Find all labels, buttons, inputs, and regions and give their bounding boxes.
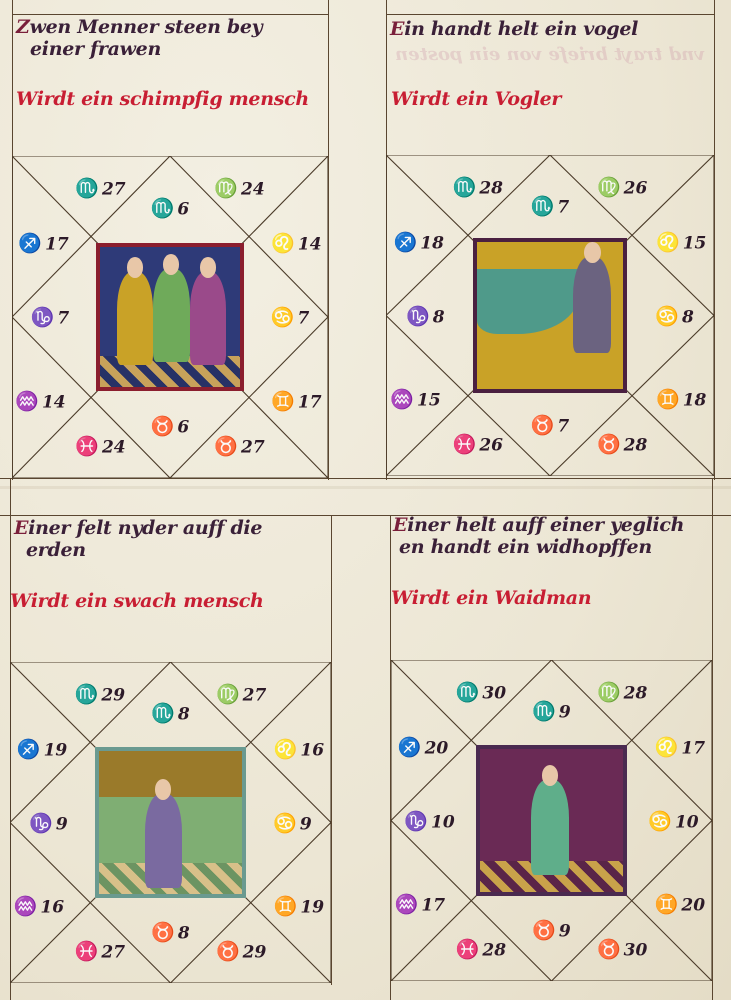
house-top-center: ♏8: [151, 702, 190, 725]
house-degree: 27: [102, 180, 126, 200]
house-left-upper: ♐19: [17, 737, 67, 760]
house-top-right: ♍26: [597, 176, 647, 199]
house-degree: 6: [177, 418, 189, 438]
house-degree: 14: [42, 392, 66, 412]
house-degree: 9: [300, 814, 312, 834]
house-top-center: ♏6: [151, 196, 190, 219]
house-degree: 29: [101, 686, 125, 706]
caption-initial: E: [14, 517, 28, 539]
figure: [477, 269, 579, 335]
house-degree: 10: [675, 812, 699, 832]
zodiac-aquarius-icon: ♒: [390, 388, 414, 410]
house-degree: 24: [241, 180, 265, 200]
zodiac-pisces-icon: ♓: [453, 433, 477, 455]
house-degree: 17: [421, 895, 445, 915]
house-left-lower: ♒14: [15, 389, 65, 412]
house-degree: 16: [300, 740, 324, 760]
house-bottom-left: ♓28: [456, 937, 506, 960]
house-right-upper: ♌16: [274, 737, 324, 760]
house-degree: 28: [624, 684, 648, 704]
house-top-left: ♏30: [456, 681, 506, 704]
zodiac-virgo-icon: ♍: [214, 178, 238, 200]
house-bottom-right: ♉27: [214, 434, 264, 457]
zodiac-taurus-icon: ♉: [216, 940, 240, 962]
miniature-youth-with-two-birds: [476, 745, 627, 896]
figure: [531, 780, 568, 874]
zodiac-virgo-icon: ♍: [216, 684, 240, 706]
house-degree: 30: [482, 684, 506, 704]
caption-line-1: in handt helt ein vogel: [404, 18, 638, 40]
house-left-lower: ♒16: [14, 894, 64, 917]
house-degree: 28: [479, 179, 503, 199]
zodiac-gemini-icon: ♊: [655, 893, 679, 915]
house-right-lower: ♊17: [271, 389, 321, 412]
house-degree: 17: [681, 738, 705, 758]
page-fold: [0, 486, 731, 489]
house-top-center: ♏7: [531, 195, 570, 218]
zodiac-scorpio-icon: ♏: [151, 197, 175, 219]
house-right-center: ♋9: [273, 811, 312, 834]
house-left-upper: ♐17: [18, 231, 68, 254]
bleed-through-text: vnd trayt briefe von ein posten: [395, 44, 705, 65]
house-degree: 15: [417, 390, 441, 410]
rule-line: [0, 478, 731, 479]
house-top-left: ♏28: [453, 176, 503, 199]
zodiac-scorpio-icon: ♏: [456, 682, 480, 704]
house-right-center: ♋8: [655, 304, 694, 327]
panel-4-verdict: Wirdt ein Waidman: [391, 587, 591, 609]
panel-1-caption: Zwen Menner steen bey einer frawen: [16, 16, 262, 60]
house-right-lower: ♊18: [656, 387, 706, 410]
horoscope-chart-2: ♏28♏7♍26♐18♌15♑8♋8♒15♊18♓26♉7♉28: [386, 155, 714, 476]
house-top-left: ♏27: [75, 177, 125, 200]
house-left-center: ♑8: [406, 304, 445, 327]
caption-line-1: wen Menner steen bey: [30, 16, 263, 38]
house-degree: 14: [298, 234, 322, 254]
house-degree: 28: [482, 940, 506, 960]
zodiac-pisces-icon: ♓: [75, 435, 99, 457]
house-right-upper: ♌14: [271, 231, 321, 254]
house-right-upper: ♌17: [655, 735, 705, 758]
zodiac-taurus-icon: ♉: [214, 435, 238, 457]
zodiac-scorpio-icon: ♏: [75, 178, 99, 200]
house-degree: 27: [101, 942, 125, 962]
house-degree: 28: [624, 435, 648, 455]
house-left-center: ♑10: [404, 809, 454, 832]
zodiac-taurus-icon: ♉: [531, 414, 555, 436]
panel-3-caption: Einer felt nyder auff die erden: [14, 517, 262, 561]
zodiac-capricorn-icon: ♑: [31, 307, 55, 329]
zodiac-cancer-icon: ♋: [655, 305, 679, 327]
house-top-right: ♍28: [597, 681, 647, 704]
house-degree: 20: [425, 738, 449, 758]
house-degree: 7: [557, 198, 569, 218]
zodiac-gemini-icon: ♊: [271, 390, 295, 412]
house-degree: 26: [624, 179, 648, 199]
figure: [190, 272, 227, 365]
zodiac-pisces-icon: ♓: [456, 938, 480, 960]
house-degree: 26: [479, 435, 503, 455]
zodiac-cancer-icon: ♋: [273, 812, 297, 834]
rule-line: [328, 0, 329, 480]
house-degree: 20: [681, 895, 705, 915]
house-degree: 7: [297, 309, 309, 329]
house-top-right: ♍24: [214, 177, 264, 200]
house-right-lower: ♊20: [655, 892, 705, 915]
house-degree: 18: [420, 233, 444, 253]
zodiac-scorpio-icon: ♏: [453, 177, 477, 199]
zodiac-taurus-icon: ♉: [532, 919, 556, 941]
house-degree: 24: [102, 437, 126, 457]
house-bottom-center: ♉8: [151, 920, 190, 943]
house-left-upper: ♐20: [398, 735, 448, 758]
miniature-man-falling-to-earth: [95, 747, 246, 898]
house-right-upper: ♌15: [656, 230, 706, 253]
house-degree: 27: [241, 437, 265, 457]
house-left-lower: ♒15: [390, 387, 440, 410]
house-top-center: ♏9: [532, 700, 571, 723]
zodiac-pisces-icon: ♓: [75, 940, 99, 962]
house-top-left: ♏29: [75, 683, 125, 706]
house-degree: 10: [431, 812, 455, 832]
house-degree: 7: [557, 416, 569, 436]
panel-4-caption: Einer helt auff einer yeglich en handt e…: [393, 514, 684, 558]
caption-line-1: iner felt nyder auff die: [28, 517, 262, 539]
house-degree: 17: [45, 234, 69, 254]
house-degree: 6: [177, 199, 189, 219]
house-bottom-center: ♉6: [151, 415, 190, 438]
zodiac-cancer-icon: ♋: [271, 307, 295, 329]
zodiac-aquarius-icon: ♒: [15, 390, 39, 412]
house-degree: 16: [40, 897, 64, 917]
caption-initial: E: [390, 18, 404, 40]
horoscope-chart-4: ♏30♏9♍28♐20♌17♑10♋10♒17♊20♓28♉9♉30: [391, 660, 712, 981]
house-degree: 30: [624, 940, 648, 960]
house-degree: 9: [559, 921, 571, 941]
caption-line-2: en handt ein widhopffen: [399, 536, 652, 558]
miniature-two-men-and-woman: [96, 243, 245, 392]
house-bottom-right: ♉28: [597, 432, 647, 455]
panel-3-verdict: Wirdt ein swach mensch: [10, 590, 264, 612]
rule-line: [331, 515, 332, 985]
rule-line: [12, 14, 328, 15]
house-bottom-center: ♉9: [532, 918, 571, 941]
house-degree: 8: [682, 307, 694, 327]
zodiac-virgo-icon: ♍: [597, 177, 621, 199]
zodiac-sagittarius-icon: ♐: [398, 736, 422, 758]
house-right-center: ♋7: [271, 306, 310, 329]
house-bottom-left: ♓24: [75, 434, 125, 457]
house-degree: 8: [178, 923, 190, 943]
zodiac-leo-icon: ♌: [655, 736, 679, 758]
house-degree: 19: [300, 897, 324, 917]
zodiac-scorpio-icon: ♏: [531, 196, 555, 218]
house-bottom-left: ♓26: [453, 432, 503, 455]
zodiac-capricorn-icon: ♑: [29, 812, 53, 834]
house-degree: 9: [559, 703, 571, 723]
caption-initial: E: [393, 514, 407, 536]
zodiac-cancer-icon: ♋: [648, 810, 672, 832]
house-degree: 18: [683, 390, 707, 410]
house-degree: 8: [433, 307, 445, 327]
miniature-hand-holding-bird: [473, 238, 627, 392]
zodiac-gemini-icon: ♊: [656, 388, 680, 410]
house-degree: 29: [243, 942, 267, 962]
house-left-upper: ♐18: [394, 230, 444, 253]
house-top-right: ♍27: [216, 683, 266, 706]
figure: [145, 794, 182, 888]
house-bottom-right: ♉29: [216, 939, 266, 962]
panel-1-verdict: Wirdt ein schimpfig mensch: [16, 88, 309, 110]
figure: [573, 257, 611, 353]
house-bottom-left: ♓27: [75, 939, 125, 962]
zodiac-leo-icon: ♌: [271, 232, 295, 254]
rule-line: [714, 0, 715, 480]
rule-line: [386, 14, 714, 15]
house-left-lower: ♒17: [395, 892, 445, 915]
zodiac-sagittarius-icon: ♐: [18, 232, 42, 254]
house-left-center: ♑7: [31, 306, 70, 329]
caption-line-1: iner helt auff einer yeglich: [407, 514, 684, 536]
zodiac-taurus-icon: ♉: [151, 921, 175, 943]
zodiac-aquarius-icon: ♒: [14, 895, 38, 917]
house-degree: 19: [44, 740, 68, 760]
house-degree: 9: [56, 814, 68, 834]
panel-2-verdict: Wirdt ein Vogler: [391, 88, 561, 110]
caption-line-2: einer frawen: [30, 38, 161, 60]
figure: [117, 272, 154, 365]
horoscope-chart-3: ♏29♏8♍27♐19♌16♑9♋9♒16♊19♓27♉8♉29: [10, 662, 331, 983]
rule-line: [712, 478, 713, 1000]
zodiac-leo-icon: ♌: [274, 738, 298, 760]
house-left-center: ♑9: [29, 811, 68, 834]
house-degree: 15: [683, 233, 707, 253]
zodiac-aquarius-icon: ♒: [395, 893, 419, 915]
house-degree: 7: [57, 309, 69, 329]
house-degree: 8: [178, 705, 190, 725]
house-degree: 17: [298, 392, 322, 412]
zodiac-capricorn-icon: ♑: [406, 305, 430, 327]
caption-initial: Z: [16, 16, 30, 38]
horoscope-chart-1: ♏27♏6♍24♐17♌14♑7♋7♒14♊17♓24♉6♉27: [12, 156, 328, 478]
zodiac-taurus-icon: ♉: [597, 938, 621, 960]
house-right-center: ♋10: [648, 809, 698, 832]
panel-2-caption: Ein handt helt ein vogel: [390, 18, 638, 40]
zodiac-leo-icon: ♌: [656, 231, 680, 253]
zodiac-scorpio-icon: ♏: [75, 684, 99, 706]
zodiac-virgo-icon: ♍: [597, 682, 621, 704]
house-right-lower: ♊19: [274, 894, 324, 917]
zodiac-sagittarius-icon: ♐: [394, 231, 418, 253]
zodiac-capricorn-icon: ♑: [404, 810, 428, 832]
zodiac-scorpio-icon: ♏: [532, 701, 556, 723]
zodiac-taurus-icon: ♉: [597, 433, 621, 455]
zodiac-sagittarius-icon: ♐: [17, 738, 41, 760]
zodiac-taurus-icon: ♉: [151, 416, 175, 438]
zodiac-gemini-icon: ♊: [274, 895, 298, 917]
caption-line-2: erden: [26, 539, 86, 561]
house-bottom-center: ♉7: [531, 413, 570, 436]
house-bottom-right: ♉30: [597, 937, 647, 960]
house-degree: 27: [243, 686, 267, 706]
zodiac-scorpio-icon: ♏: [151, 703, 175, 725]
figure: [153, 269, 190, 362]
